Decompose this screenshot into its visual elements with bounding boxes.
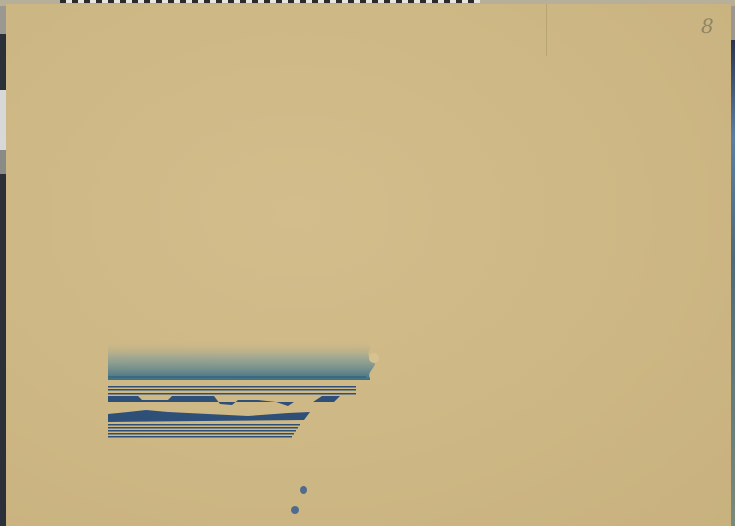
wave-band [108,396,340,406]
sky-gradient [108,340,375,380]
sea-band [108,410,310,422]
moon [369,353,379,363]
seascape-print [108,340,408,440]
right-edge [731,40,735,526]
ink-mark [291,506,299,514]
ink-mark [300,486,307,494]
paper-sheet [6,4,731,526]
paper-crease [546,4,547,56]
page-number: 8 [701,14,714,38]
scale-ruler [60,0,480,3]
